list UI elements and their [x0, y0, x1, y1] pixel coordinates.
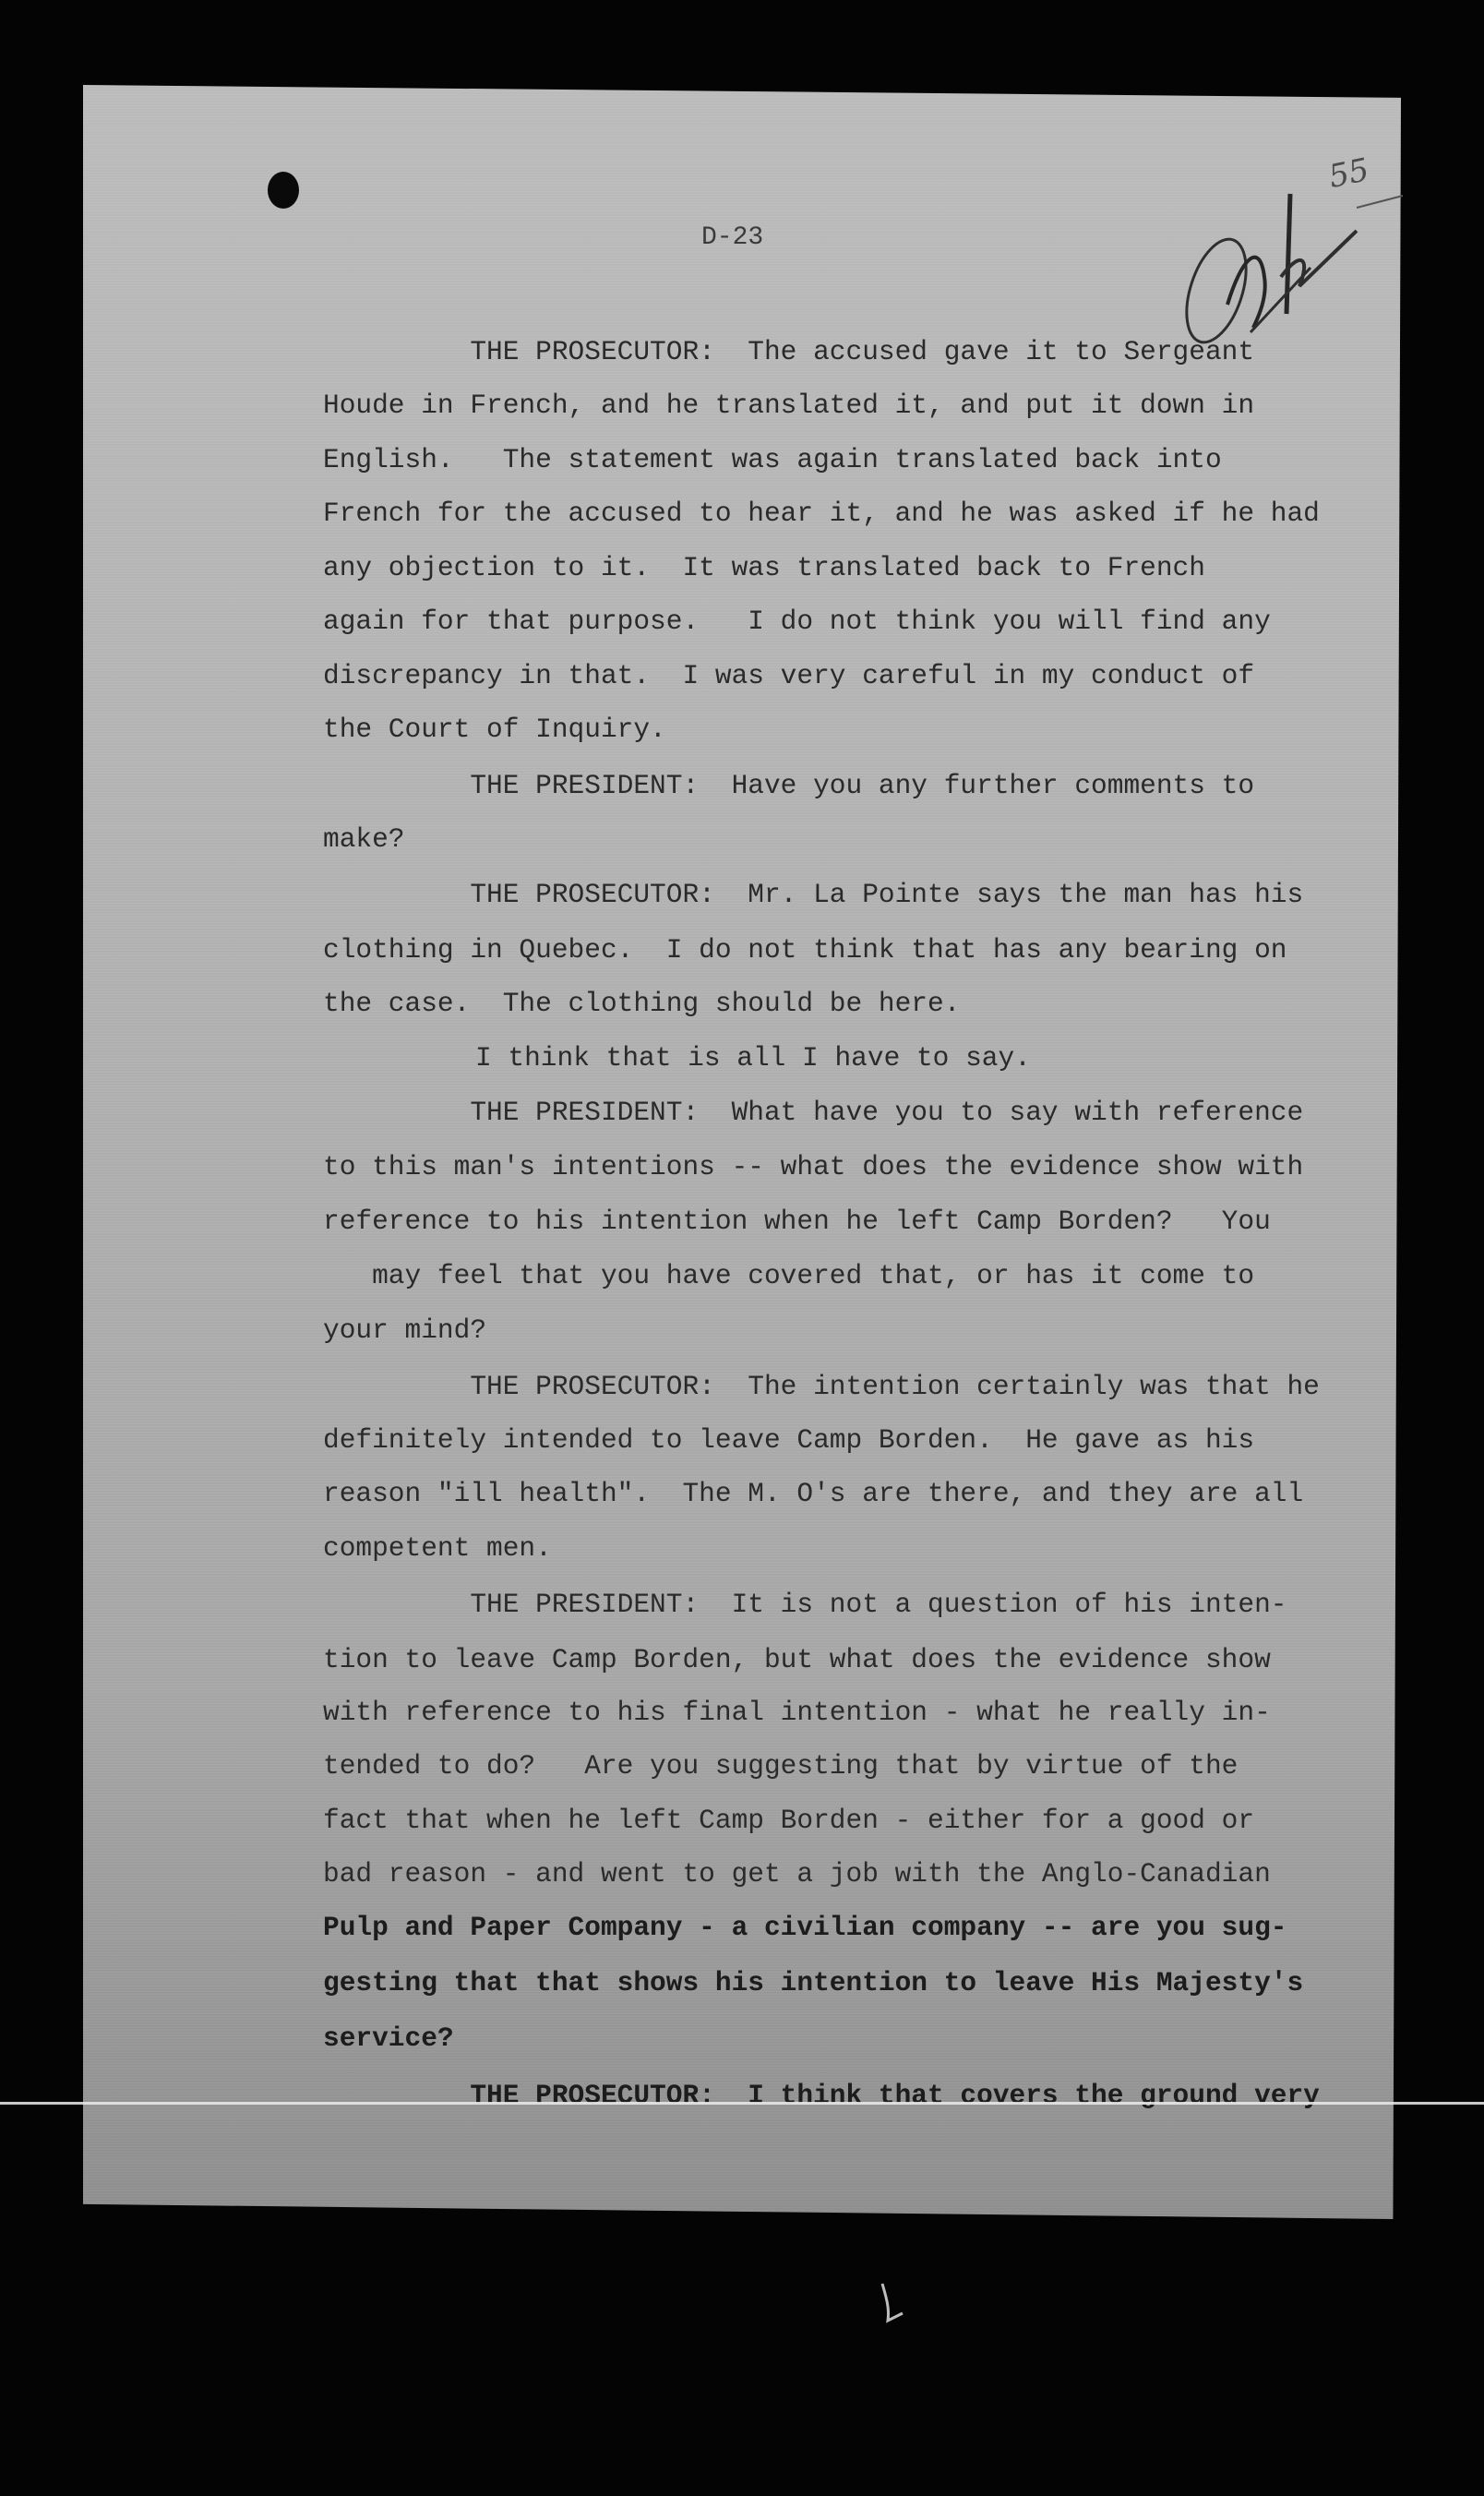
line-text: The accused gave it to Sergeant: [715, 336, 1254, 367]
transcript-line: French for the accused to hear it, and h…: [323, 498, 1320, 529]
scan-artifact-line: [0, 2102, 1484, 2105]
transcript-line: bad reason - and went to get a job with …: [323, 1858, 1271, 1890]
transcript-line: THE PROSECUTOR: The intention certainly …: [323, 1371, 1320, 1402]
transcript-line: the case. The clothing should be here.: [323, 988, 960, 1019]
transcript-line: THE PROSECUTOR: I think that covers the …: [323, 2080, 1320, 2111]
transcript-line: service?: [323, 2022, 454, 2054]
speaker-label: THE PROSECUTOR:: [470, 1371, 715, 1402]
line-text: Mr. La Pointe says the man has his: [715, 879, 1303, 910]
transcript-line: to this man's intentions -- what does th…: [323, 1151, 1303, 1182]
speaker-label: THE PRESIDENT:: [470, 1097, 699, 1128]
speaker-label: THE PROSECUTOR:: [470, 2080, 715, 2111]
transcript-line: THE PRESIDENT: It is not a question of h…: [323, 1589, 1287, 1620]
transcript-line: with reference to his final intention - …: [323, 1697, 1271, 1728]
transcript-line: your mind?: [323, 1314, 486, 1346]
line-text: I think that covers the ground very: [715, 2080, 1320, 2111]
transcript-line: any objection to it. It was translated b…: [323, 552, 1205, 583]
page-number: D-23: [701, 223, 763, 252]
transcript-line: definitely intended to leave Camp Borden…: [323, 1424, 1254, 1456]
speaker-label: THE PRESIDENT:: [470, 770, 699, 801]
hole-punch: [268, 172, 299, 209]
speaker-label: THE PROSECUTOR:: [470, 336, 715, 367]
line-text: What have you to say with reference: [699, 1097, 1303, 1128]
transcript-line: competent men.: [323, 1532, 552, 1564]
transcript-line: discrepancy in that. I was very careful …: [323, 660, 1254, 691]
transcript-line: THE PRESIDENT: What have you to say with…: [323, 1097, 1303, 1128]
transcript-line: English. The statement was again transla…: [323, 444, 1222, 475]
transcript-line: reference to his intention when he left …: [323, 1206, 1271, 1237]
transcript-line: THE PROSECUTOR: Mr. La Pointe says the m…: [323, 879, 1303, 910]
speaker-label: THE PROSECUTOR:: [470, 879, 715, 910]
transcript-line: gesting that that shows his intention to…: [323, 1967, 1303, 1998]
transcript-line: fact that when he left Camp Borden - eit…: [323, 1805, 1254, 1836]
transcript-line: may feel that you have covered that, or …: [323, 1260, 1254, 1291]
speaker-label: THE PRESIDENT:: [470, 1589, 699, 1620]
transcript-line: reason "ill health". The M. O's are ther…: [323, 1478, 1303, 1509]
transcript-line: again for that purpose. I do not think y…: [323, 606, 1271, 637]
transcript-line: tion to leave Camp Borden, but what does…: [323, 1644, 1271, 1675]
transcript-line: clothing in Quebec. I do not think that …: [323, 934, 1287, 966]
handwritten-mark-icon: [877, 2280, 914, 2335]
line-text: Have you any further comments to: [699, 770, 1254, 801]
transcript-line: THE PROSECUTOR: The accused gave it to S…: [323, 336, 1254, 367]
transcript-line: make?: [323, 823, 405, 855]
transcript-line: Houde in French, and he translated it, a…: [323, 390, 1254, 421]
transcript-line: Pulp and Paper Company - a civilian comp…: [323, 1912, 1287, 1943]
transcript-line: I think that is all I have to say.: [475, 1042, 1031, 1074]
line-text: The intention certainly was that he: [715, 1371, 1320, 1402]
transcript-line: THE PRESIDENT: Have you any further comm…: [323, 770, 1254, 801]
transcript-line: the Court of Inquiry.: [323, 714, 666, 745]
transcript-line: tended to do? Are you suggesting that by…: [323, 1750, 1238, 1782]
line-text: It is not a question of his inten-: [699, 1589, 1287, 1620]
handwritten-initials-icon: [1172, 138, 1430, 360]
